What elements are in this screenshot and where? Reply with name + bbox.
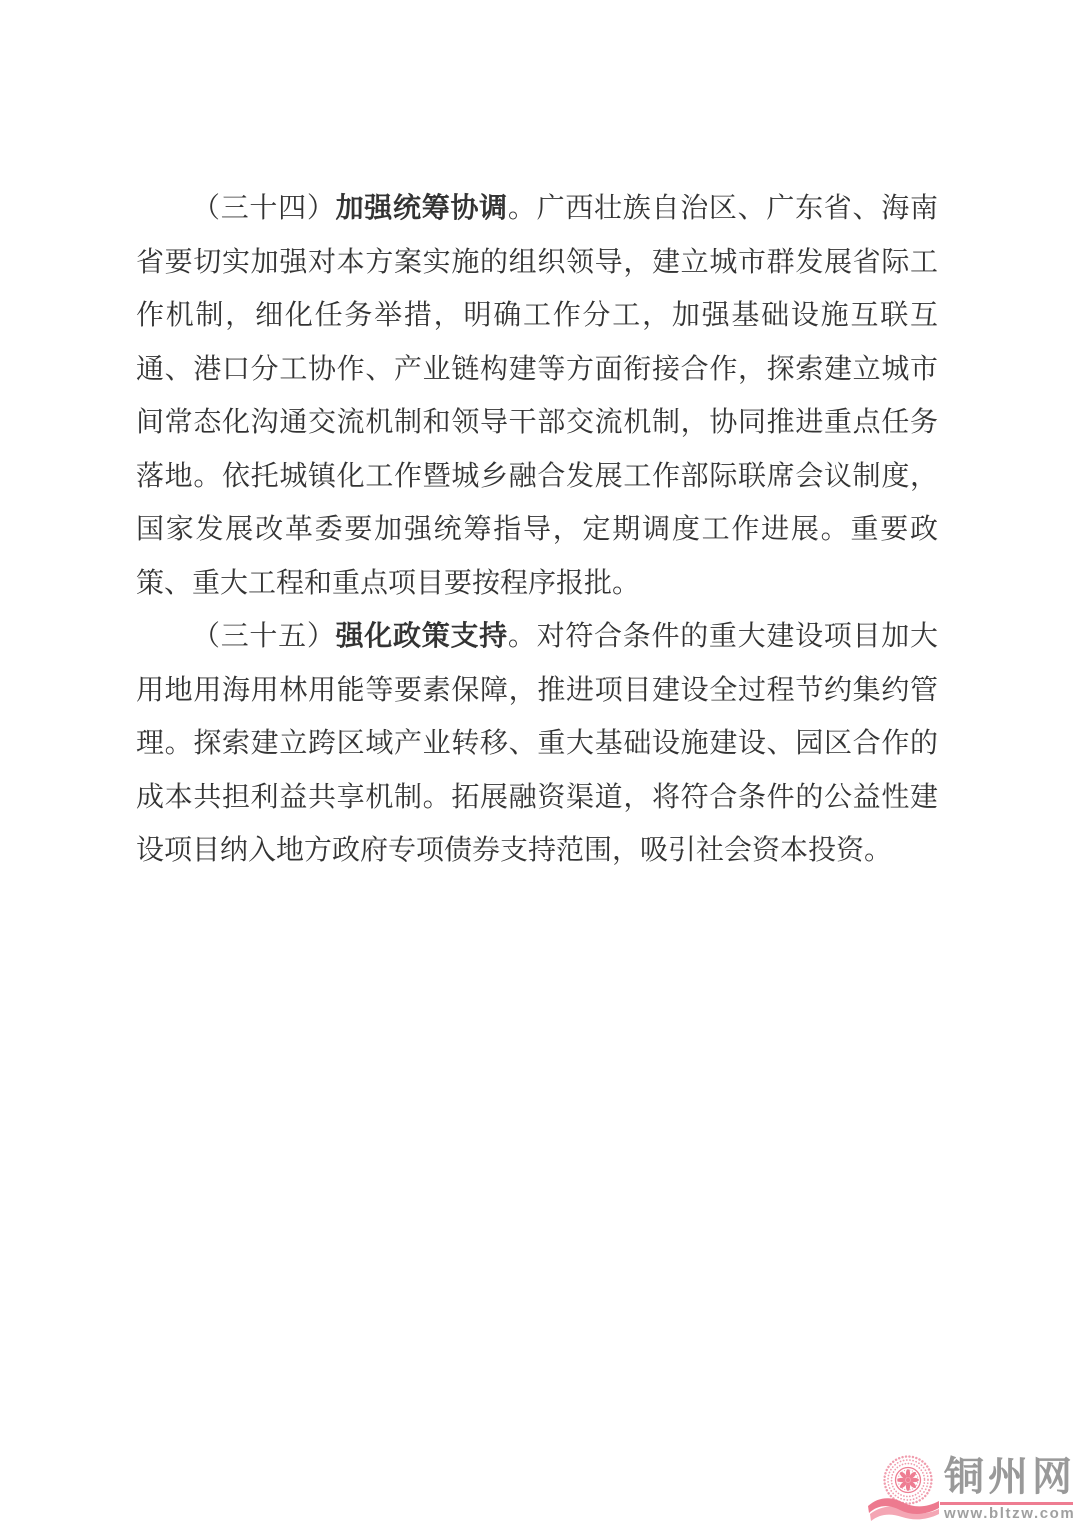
paragraph-34: （三十四）加强统筹协调。广西壮族自治区、广东省、海南省要切实加强对本方案实施的组…	[136, 182, 938, 610]
text-line: 设项目纳入地方政府专项债券支持范围，吸引社会资本投资。	[136, 824, 938, 878]
text-segment: （三十五）	[192, 621, 336, 652]
text-line: 国家发展改革委要加强统筹指导，定期调度工作进展。重要政	[136, 503, 938, 557]
text-segment: 间常态化沟通交流机制和领导干部交流机制，协同推进重点任务	[136, 407, 938, 438]
text-segment: 省要切实加强对本方案实施的组织领导，建立城市群发展省际工	[136, 247, 938, 278]
watermark: 铜州网 www.bltzw.com	[868, 1450, 1080, 1524]
text-line: （三十四）加强统筹协调。广西壮族自治区、广东省、海南	[136, 182, 938, 236]
text-segment: 落地。依托城镇化工作暨城乡融合发展工作部际联席会议制度，	[136, 461, 938, 492]
site-name: 铜州网	[944, 1456, 1080, 1498]
text-segment: 成本共担利益共享机制。拓展融资渠道，将符合条件的公益性建	[136, 782, 938, 813]
text-segment: 作机制，细化任务举措，明确工作分工，加强基础设施互联互	[136, 300, 938, 331]
text-segment: 。广西壮族自治区、广东省、海南	[508, 193, 938, 224]
site-url: www.bltzw.com	[944, 1506, 1075, 1522]
text-segment: 国家发展改革委要加强统筹指导，定期调度工作进展。重要政	[136, 514, 938, 545]
document-page: （三十四）加强统筹协调。广西壮族自治区、广东省、海南省要切实加强对本方案实施的组…	[0, 0, 1080, 1527]
section-heading-segment: 加强统筹协调	[336, 193, 508, 224]
text-line: 省要切实加强对本方案实施的组织领导，建立城市群发展省际工	[136, 236, 938, 290]
rosette-seal-icon	[868, 1450, 944, 1524]
paragraph-35: （三十五）强化政策支持。对符合条件的重大建设项目加大用地用海用林用能等要素保障，…	[136, 610, 938, 878]
section-heading-segment: 强化政策支持	[336, 621, 508, 652]
text-line: 策、重大工程和重点项目要按程序报批。	[136, 557, 938, 611]
text-line: 间常态化沟通交流机制和领导干部交流机制，协同推进重点任务	[136, 396, 938, 450]
text-segment: 。对符合条件的重大建设项目加大	[508, 621, 938, 652]
text-segment: 用地用海用林用能等要素保障，推进项目建设全过程节约集约管	[136, 675, 938, 706]
text-line: 成本共担利益共享机制。拓展融资渠道，将符合条件的公益性建	[136, 771, 938, 825]
text-line: 作机制，细化任务举措，明确工作分工，加强基础设施互联互	[136, 289, 938, 343]
text-segment: 通、港口分工协作、产业链构建等方面衔接合作，探索建立城市	[136, 354, 938, 385]
document-body: （三十四）加强统筹协调。广西壮族自治区、广东省、海南省要切实加强对本方案实施的组…	[136, 182, 938, 878]
text-segment: （三十四）	[192, 193, 336, 224]
text-line: （三十五）强化政策支持。对符合条件的重大建设项目加大	[136, 610, 938, 664]
text-line: 理。探索建立跨区域产业转移、重大基础设施建设、园区合作的	[136, 717, 938, 771]
text-segment: 设项目纳入地方政府专项债券支持范围，吸引社会资本投资。	[136, 835, 892, 866]
text-line: 通、港口分工协作、产业链构建等方面衔接合作，探索建立城市	[136, 343, 938, 397]
text-segment: 理。探索建立跨区域产业转移、重大基础设施建设、园区合作的	[136, 728, 938, 759]
text-line: 落地。依托城镇化工作暨城乡融合发展工作部际联席会议制度，	[136, 450, 938, 504]
text-line: 用地用海用林用能等要素保障，推进项目建设全过程节约集约管	[136, 664, 938, 718]
text-segment: 策、重大工程和重点项目要按程序报批。	[136, 568, 640, 599]
